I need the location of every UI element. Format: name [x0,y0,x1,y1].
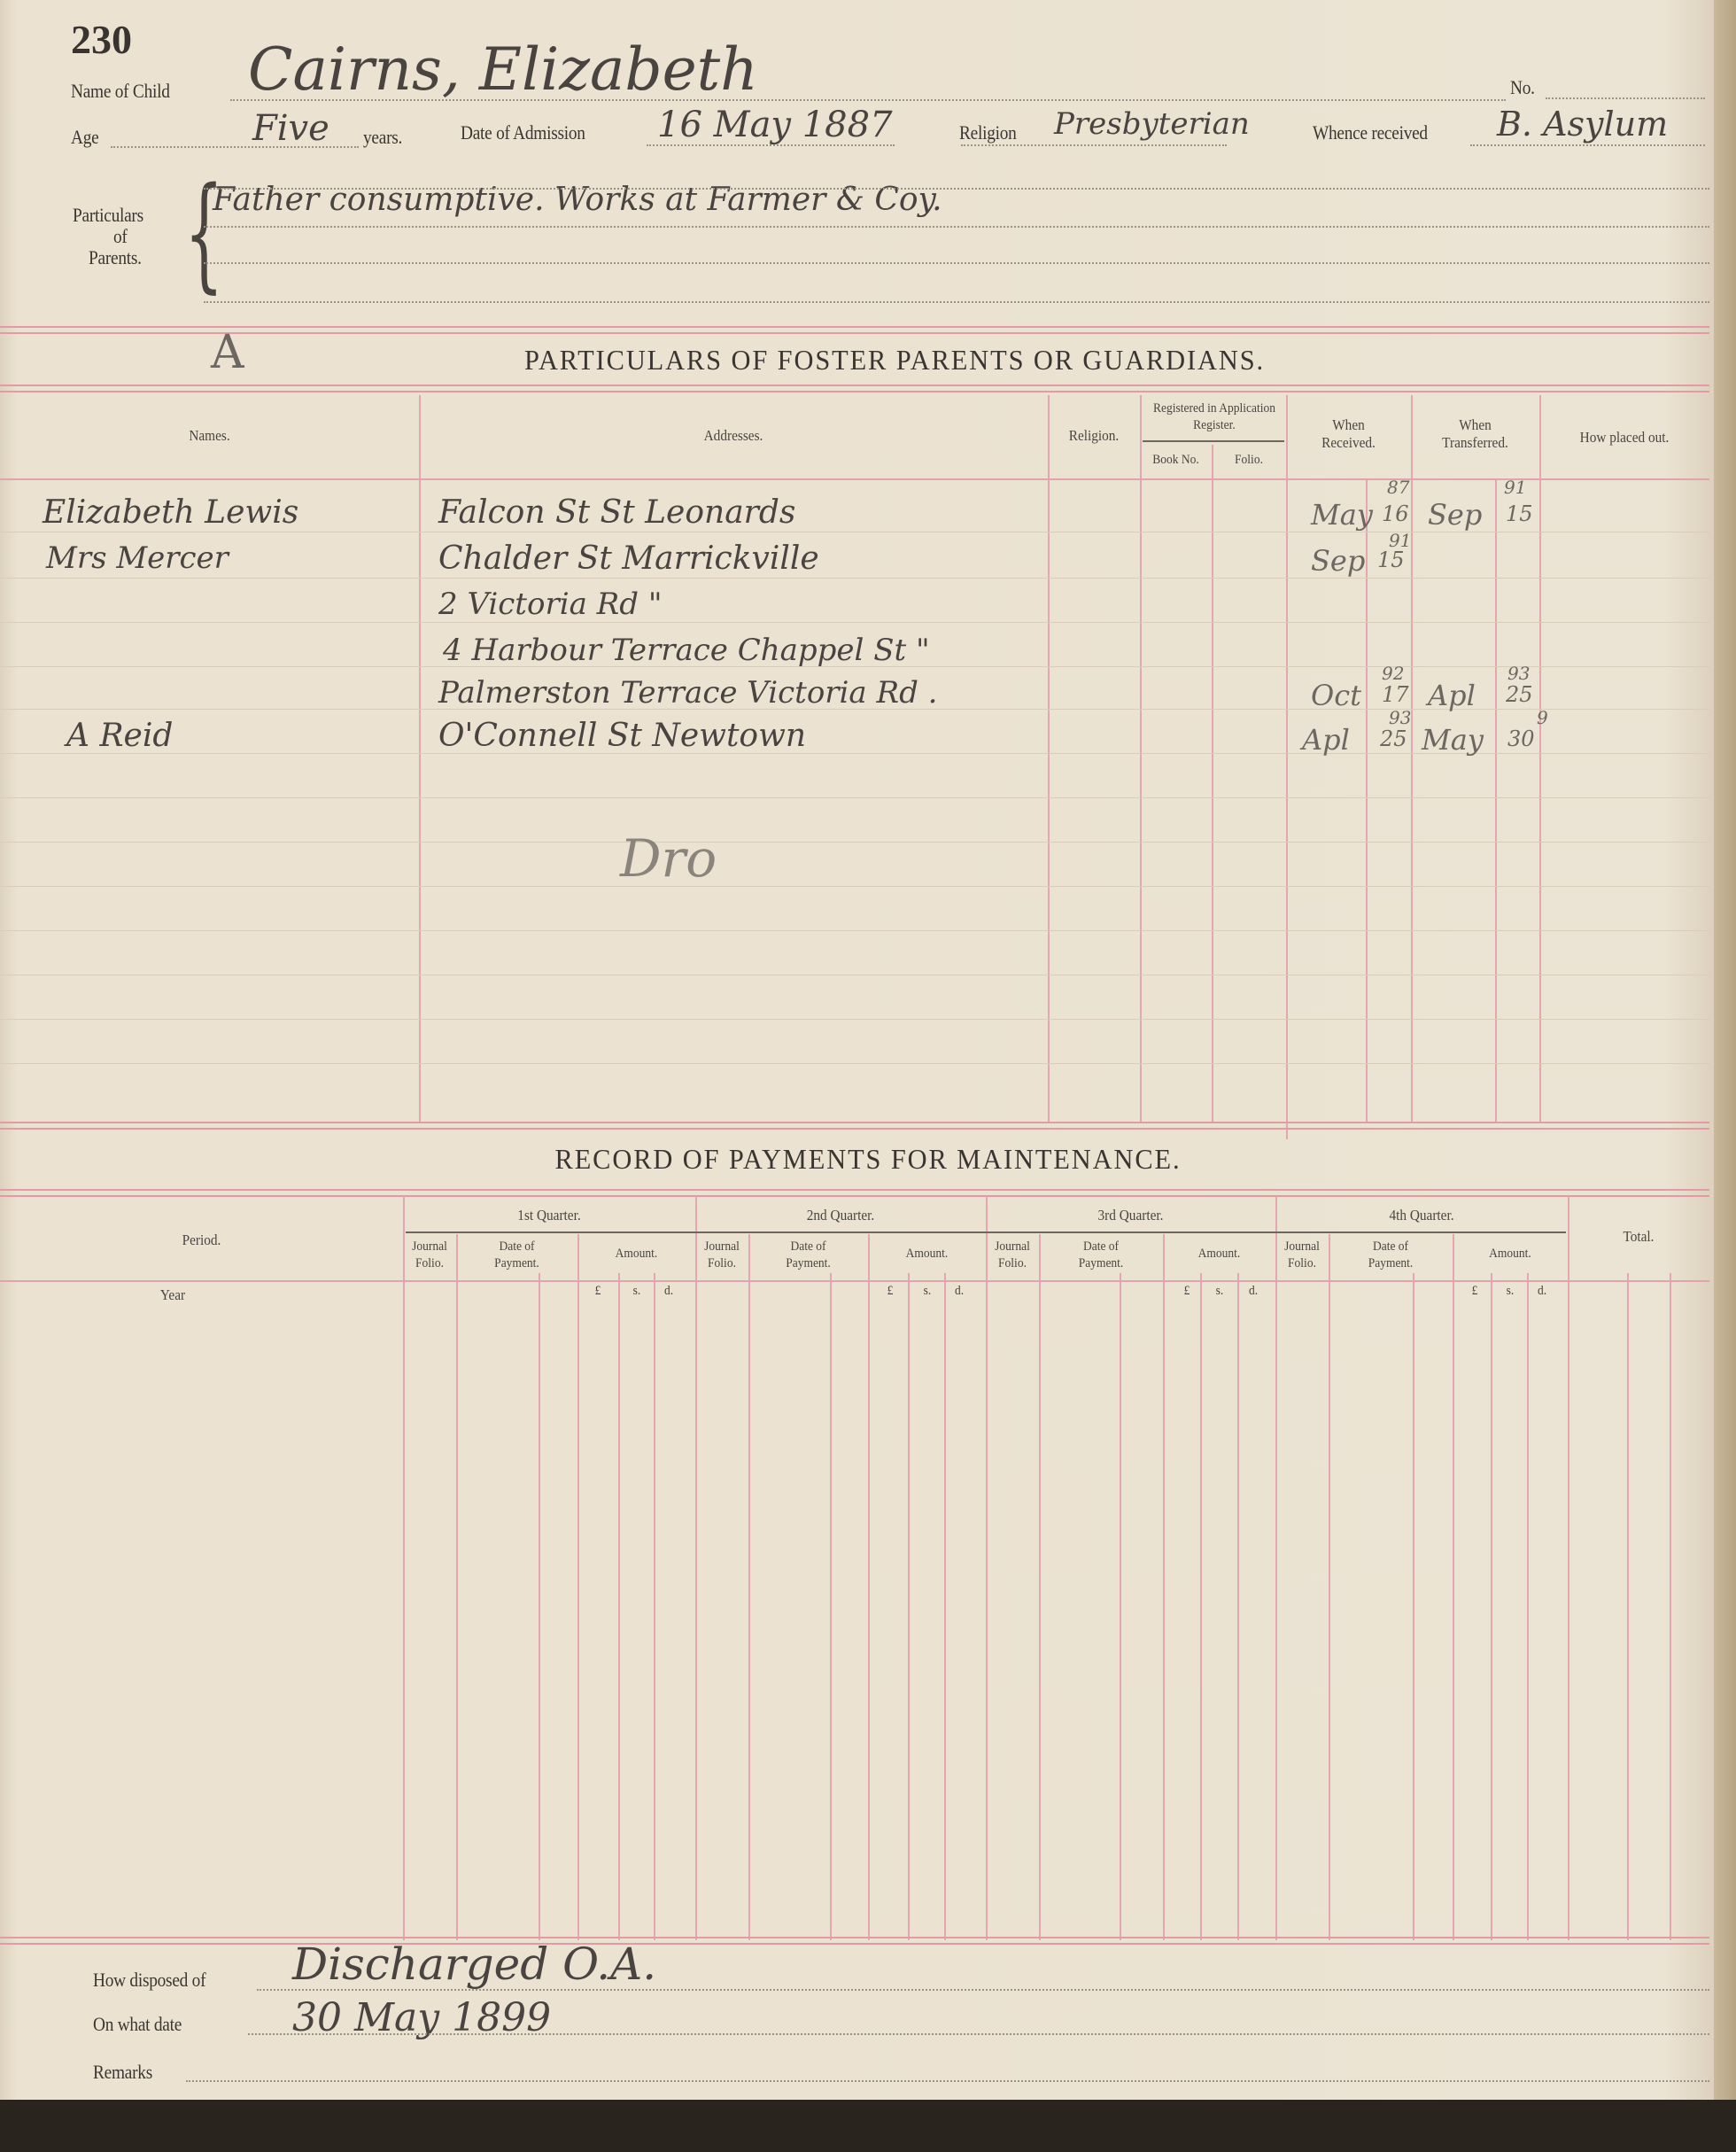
received-year: 92 [1382,663,1404,684]
no-label: No. [1510,76,1535,99]
pence-header: d. [1242,1283,1266,1300]
parents-label-1: Particulars [73,204,143,227]
pence-header: d. [1531,1283,1554,1300]
ruled-line [0,930,1709,931]
col-line [1048,395,1050,1122]
ruled-line [0,622,1709,623]
quarter-4-label: 4th Quarter. [1290,1207,1554,1224]
transferred-day: 15 [1506,501,1533,526]
col-line [1527,1273,1529,1940]
col-line [419,395,421,1122]
col-line [1163,1234,1165,1940]
ruled-line [0,842,1709,843]
total-header: Total. [1575,1228,1702,1245]
col-line [1120,1273,1121,1940]
col-line [1237,1273,1239,1940]
admission-field-line [647,144,895,146]
col-line [1670,1273,1671,1940]
foster-bottom-rule [0,1122,1709,1130]
parents-line-4 [204,301,1709,303]
pence-header: d. [657,1283,681,1300]
remarks-line [186,2080,1709,2082]
pound-header: £ [1175,1283,1199,1300]
amount-header: Amount. [1168,1246,1269,1262]
header-religion: Religion. [1052,427,1135,444]
foster-address: 4 Harbour Terrace Chappel St " [443,633,930,668]
pound-header: £ [586,1283,610,1300]
foster-name: A Reid [66,718,173,754]
religion-label: Religion [959,121,1017,144]
foster-header-rule [0,385,1709,392]
col-line [577,1234,579,1940]
col-line [748,1234,750,1940]
received-day: 25 [1380,726,1407,751]
foster-body-rule [0,478,1709,480]
col-line [695,1196,697,1940]
parents-label-2: of [113,225,128,248]
col-line [986,1196,988,1940]
transferred-year: 9 [1537,707,1548,728]
ruled-line [0,975,1709,975]
pence-header: d. [948,1283,972,1300]
col-line [1140,395,1142,1122]
col-line [1212,445,1213,1122]
shilling-header: s. [1495,1283,1525,1300]
received-year: 93 [1389,707,1411,728]
foster-marker: A [211,326,244,379]
amount-header: Amount. [874,1246,980,1262]
disposal-date-line [248,2033,1709,2035]
pound-header: £ [1463,1283,1487,1300]
col-line [1411,395,1413,1122]
ruled-line [0,578,1709,579]
transferred-month: Sep [1428,498,1482,532]
payments-bottom-rule [0,1937,1709,1945]
journal-folio-header: JournalFolio. [406,1239,453,1272]
religion-field-line [961,144,1227,146]
col-line [456,1234,458,1940]
pencil-note: Dro [620,828,717,889]
parents-line-1 [204,188,1709,190]
book-cover-edge [0,2100,1736,2152]
col-line [403,1196,405,1940]
parents-line-2 [204,226,1709,228]
foster-name: Mrs Mercer [46,540,229,576]
header-received-2: Received. [1292,434,1405,451]
disposal-how-line [257,1989,1709,1991]
foster-address: Chalder St Marrickville [438,540,819,577]
disposal-how-value: Discharged O.A. [292,1938,656,1990]
received-year: 87 [1387,477,1409,498]
foster-name: Elizabeth Lewis [43,494,298,531]
admission-label: Date of Admission [461,121,585,144]
col-line [1039,1234,1041,1940]
header-folio: Folio. [1215,452,1283,469]
date-of-payment-header: Date ofPayment. [755,1239,863,1272]
header-registered: Registered in Application Register. [1150,400,1279,434]
shilling-header: s. [622,1283,652,1300]
amount-header: Amount. [1459,1246,1562,1262]
journal-folio-header: JournalFolio. [1278,1239,1326,1272]
col-line [1329,1234,1330,1940]
page-edge [1714,0,1736,2152]
whence-value: B. Asylum [1497,105,1668,144]
transferred-day: 30 [1507,726,1535,751]
register-page: 230 Name of Child Cairns, Elizabeth No. … [0,0,1714,2100]
header-names: Names. [21,427,399,444]
name-field-line [230,99,1506,101]
disposal-how-label: How disposed of [93,1969,205,1992]
ruled-line [0,532,1709,532]
pound-header: £ [879,1283,903,1300]
received-day: 17 [1382,682,1409,707]
year-label: Year [18,1286,329,1303]
ruled-line [0,797,1709,798]
col-line [1200,1273,1202,1940]
col-line [908,1273,910,1940]
amount-header: Amount. [584,1246,690,1262]
col-line [1495,478,1497,1122]
foster-address: Falcon St St Leonards [438,494,795,531]
received-month: Oct [1311,679,1361,712]
whence-field-line [1470,144,1705,146]
col-line [1627,1273,1629,1940]
header-transferred-1: When [1417,416,1533,433]
col-line [539,1273,540,1940]
quarter-3-label: 3rd Quarter. [1000,1207,1260,1224]
foster-address: O'Connell St Newtown [438,718,806,754]
payments-header-rule [0,1189,1709,1197]
journal-folio-header: JournalFolio. [698,1239,746,1272]
name-label: Name of Child [71,80,170,103]
quarter-2-label: 2nd Quarter. [709,1207,971,1224]
age-value: Five [252,108,329,149]
header-book-no: Book No. [1143,452,1208,469]
col-line [1568,1196,1569,1940]
col-line [944,1273,946,1940]
col-line [1413,1273,1414,1940]
foster-address: 2 Victoria Rd " [438,587,662,622]
col-line [1275,1196,1277,1940]
parents-label-3: Parents. [89,246,142,269]
parents-line-3 [204,262,1709,264]
col-line [1366,478,1368,1122]
col-line [1286,395,1288,1139]
ruled-line [0,886,1709,887]
registered-rule [1143,440,1284,442]
col-line [1491,1273,1492,1940]
transferred-year: 93 [1507,663,1530,684]
received-month: Apl [1302,723,1350,757]
ruled-line [0,1063,1709,1064]
transferred-day: 25 [1506,682,1533,707]
col-line [868,1234,870,1940]
col-line [830,1273,832,1940]
years-label: years. [363,126,402,149]
foster-address: Palmerston Terrace Victoria Rd . [438,675,938,711]
journal-folio-header: JournalFolio. [988,1239,1036,1272]
col-line [1453,1234,1454,1940]
admission-value: 16 May 1887 [657,105,893,145]
payments-title: RECORD OF PAYMENTS FOR MAINTENANCE. [406,1143,1331,1176]
quarter-rule [406,1231,1566,1233]
header-transferred-2: Transferred. [1417,434,1533,451]
quarter-1-label: 1st Quarter. [418,1207,681,1224]
ruled-line [0,1019,1709,1020]
no-field-line [1546,97,1705,99]
received-month: Sep [1311,544,1365,578]
religion-value: Presbyterian [1054,106,1250,142]
period-header: Period. [20,1231,384,1248]
shilling-header: s. [912,1283,942,1300]
date-of-payment-header: Date ofPayment. [1335,1239,1446,1272]
name-value: Cairns, Elizabeth [248,35,758,104]
received-day: 15 [1377,548,1405,572]
col-line [1539,395,1541,1122]
header-addresses: Addresses. [451,427,1017,444]
header-placed: How placed out. [1548,429,1701,446]
foster-top-rule [0,326,1709,334]
foster-title: PARTICULARS OF FOSTER PARENTS OR GUARDIA… [432,344,1358,377]
transferred-month: Apl [1428,679,1476,712]
disposal-date-label: On what date [93,2013,182,2036]
date-of-payment-header: Date ofPayment. [1045,1239,1157,1272]
received-month: May [1311,498,1373,532]
age-label: Age [71,126,98,149]
whence-label: Whence received [1313,121,1428,144]
transferred-month: May [1422,723,1484,757]
transferred-year: 91 [1504,477,1526,498]
date-of-payment-header: Date ofPayment. [462,1239,571,1272]
shilling-header: s. [1205,1283,1235,1300]
age-field-line [111,146,359,148]
remarks-label: Remarks [93,2061,152,2084]
payments-body-rule [0,1280,1709,1282]
header-received-1: When [1292,416,1405,433]
record-number: 230 [71,16,132,63]
received-day: 16 [1382,501,1409,526]
col-line [654,1273,655,1940]
col-line [618,1273,620,1940]
